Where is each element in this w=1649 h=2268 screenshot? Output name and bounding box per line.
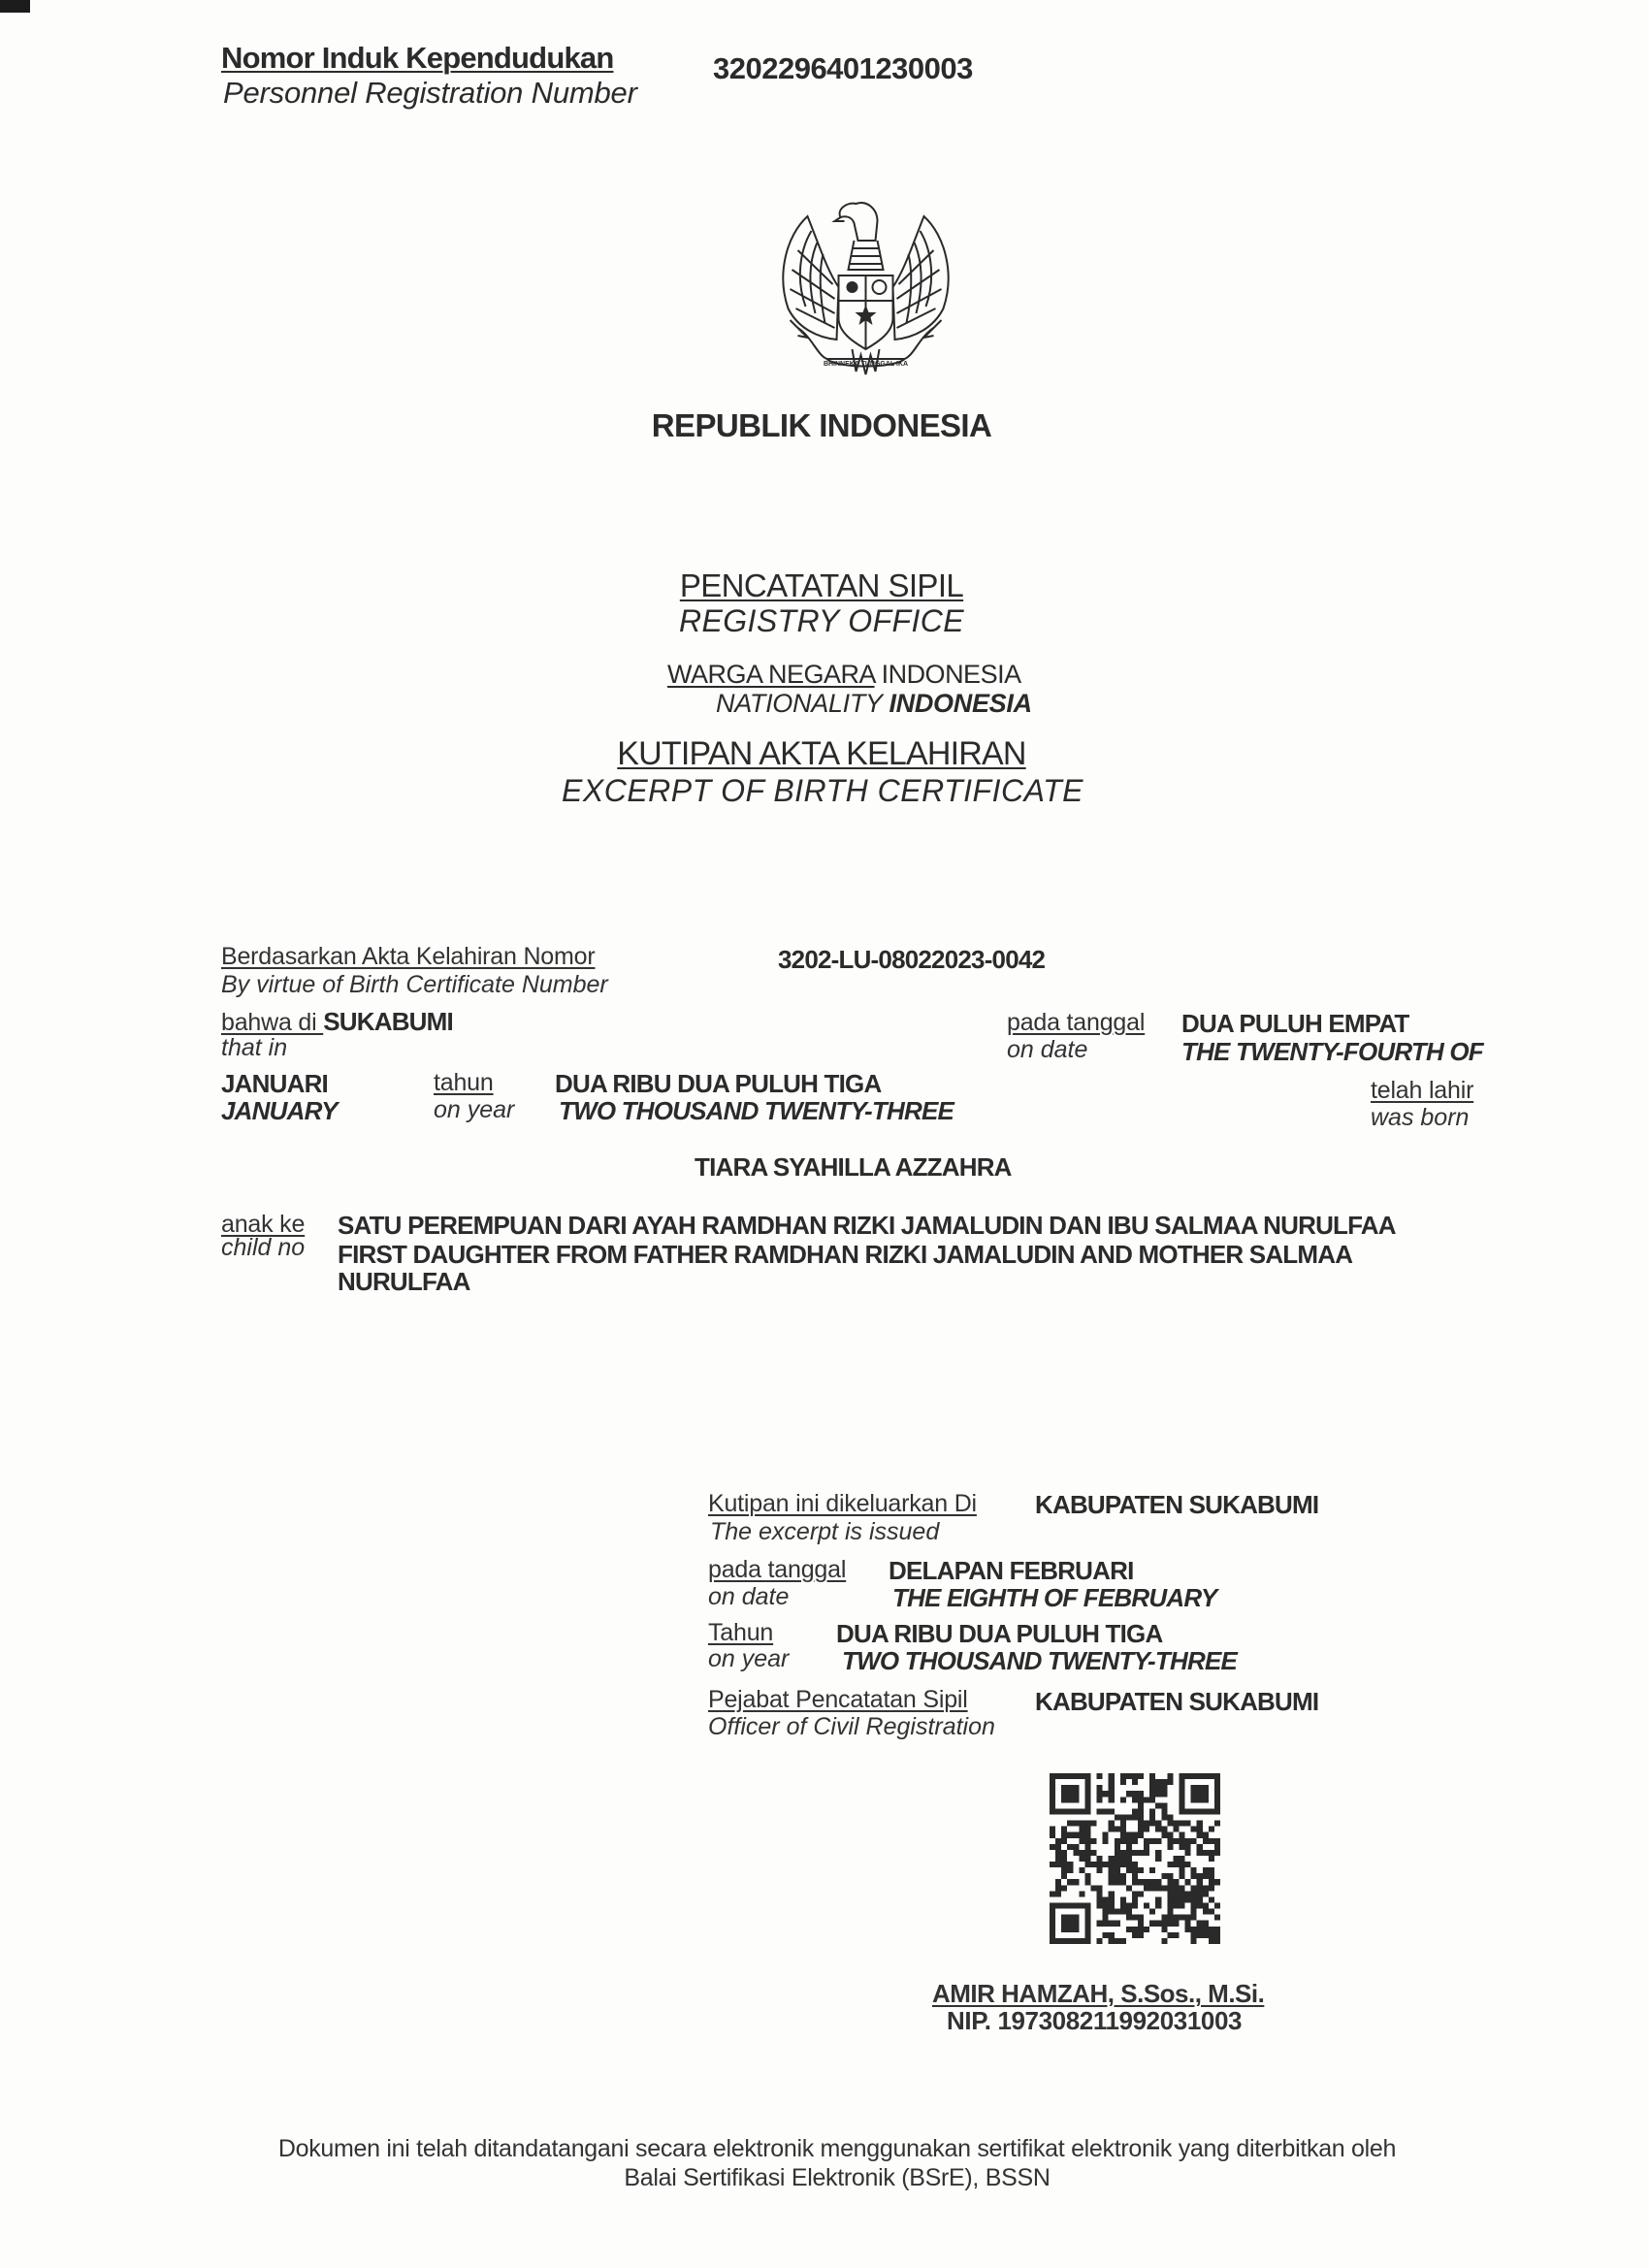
birth-year-en: TWO THOUSAND TWENTY-THREE <box>559 1096 954 1126</box>
issued-place: KABUPATEN SUKABUMI <box>1035 1490 1318 1520</box>
birth-date-label: pada tanggal <box>1007 1009 1145 1037</box>
birth-place-label: bahwa di <box>221 1009 323 1036</box>
nik-label-en: Personnel Registration Number <box>223 76 637 111</box>
garuda-pancasila-emblem-icon: BHINNEKA TUNGGAL IKA <box>766 192 965 386</box>
issued-year-en: TWO THOUSAND TWENTY-THREE <box>842 1646 1237 1676</box>
born-label: telah lahir <box>1371 1077 1473 1105</box>
birth-year-label-en: on year <box>434 1096 514 1124</box>
issued-date-label: pada tanggal <box>708 1556 846 1584</box>
qr-code-icon <box>1050 1773 1220 1944</box>
child-name: TIARA SYAHILLA AZZAHRA <box>695 1152 1012 1183</box>
footer-esign-note: Dokumen ini telah ditandatangani secara … <box>13 2135 1649 2163</box>
scan-corner-mark <box>0 0 30 13</box>
nik-value: 3202296401230003 <box>713 51 973 86</box>
document-title-en: EXCERPT OF BIRTH CERTIFICATE <box>0 773 1647 809</box>
birth-date-label-en: on date <box>1007 1036 1087 1064</box>
birth-day: DUA PULUH EMPAT <box>1181 1009 1409 1039</box>
nationality-label: WARGA NEGARA <box>667 660 875 689</box>
birth-month: JANUARI <box>221 1069 328 1099</box>
officer-label: Pejabat Pencatatan Sipil <box>708 1686 968 1714</box>
svg-text:BHINNEKA TUNGGAL IKA: BHINNEKA TUNGGAL IKA <box>824 361 908 368</box>
country-title: REPUBLIK INDONESIA <box>0 407 1646 444</box>
nik-label: Nomor Induk Kependudukan <box>221 41 613 76</box>
office-title: PENCATATAN SIPIL <box>680 567 963 603</box>
birth-place: SUKABUMI <box>323 1007 453 1036</box>
child-description-en-cont: NURULFAA <box>338 1267 470 1297</box>
child-no-label-en: child no <box>221 1234 305 1262</box>
child-description-en: FIRST DAUGHTER FROM FATHER RAMDHAN RIZKI… <box>338 1240 1352 1270</box>
child-description: SATU PEREMPUAN DARI AYAH RAMDHAN RIZKI J… <box>338 1211 1396 1241</box>
nationality-row-en: NATIONALITY INDONESIA <box>716 689 1032 719</box>
officer-label-en: Officer of Civil Registration <box>708 1713 995 1741</box>
birth-year: DUA RIBU DUA PULUH TIGA <box>555 1069 881 1099</box>
issued-date-label-en: on date <box>708 1583 789 1611</box>
officer-region: KABUPATEN SUKABUMI <box>1035 1687 1318 1717</box>
nationality-value: INDONESIA <box>882 660 1021 689</box>
issued-year-label-en: on year <box>708 1645 789 1673</box>
birth-place-label-en: that in <box>221 1034 287 1062</box>
office-title-en: REGISTRY OFFICE <box>0 603 1646 639</box>
issued-year-label: Tahun <box>708 1619 773 1647</box>
nationality-row: WARGA NEGARA INDONESIA <box>667 660 1021 690</box>
born-label-en: was born <box>1371 1104 1469 1132</box>
birth-month-en: JANUARY <box>221 1096 338 1126</box>
officer-name: AMIR HAMZAH, S.Sos., M.Si. <box>932 1979 1264 2009</box>
nationality-label-en: NATIONALITY <box>716 689 882 718</box>
nationality-value-en: INDONESIA <box>889 689 1031 718</box>
document-title: KUTIPAN AKTA KELAHIRAN <box>617 735 1025 772</box>
issued-date: DELAPAN FEBRUARI <box>889 1556 1134 1586</box>
certificate-number-label: Berdasarkan Akta Kelahiran Nomor <box>221 943 595 971</box>
certificate-number-label-en: By virtue of Birth Certificate Number <box>221 971 608 999</box>
officer-nip: NIP. 197308211992031003 <box>947 2006 1242 2036</box>
birth-day-en: THE TWENTY-FOURTH OF <box>1181 1037 1483 1067</box>
birth-place-row: bahwa di SUKABUMI <box>221 1007 453 1037</box>
issued-label: Kutipan ini dikeluarkan Di <box>708 1490 977 1518</box>
footer-esign-issuer: Balai Sertifikasi Elektronik (BSrE), BSS… <box>13 2164 1649 2192</box>
issued-label-en: The excerpt is issued <box>710 1518 939 1546</box>
issued-date-en: THE EIGHTH OF FEBRUARY <box>892 1583 1216 1613</box>
certificate-number: 3202-LU-08022023-0042 <box>778 945 1045 975</box>
issued-year: DUA RIBU DUA PULUH TIGA <box>836 1619 1162 1649</box>
birth-year-label: tahun <box>434 1069 494 1097</box>
